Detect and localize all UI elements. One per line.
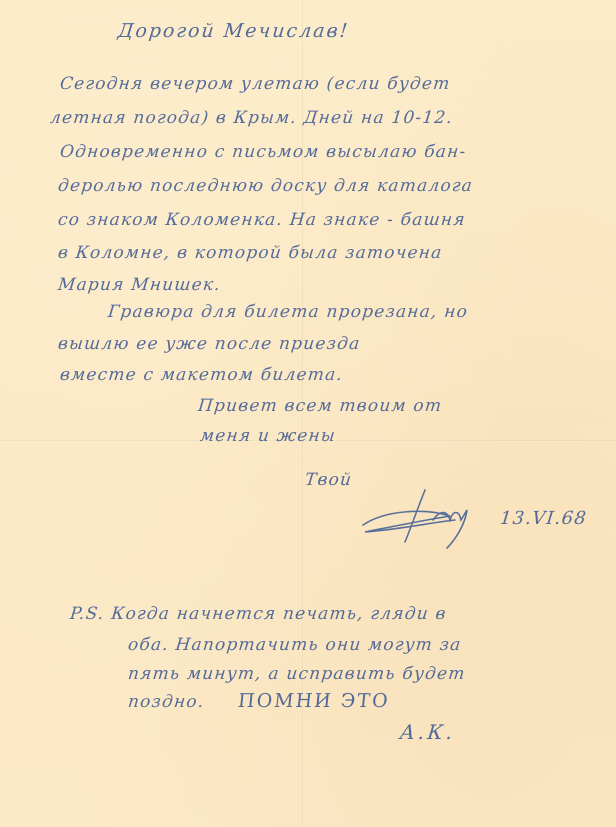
letter-page: Дорогой Мечислав! Сегодня вечером улетаю… [0,0,616,827]
postscript-line: P.S. Когда начнется печать, гляди в [69,604,448,624]
letter-greeting: Дорогой Мечислав! [117,20,351,42]
letter-line: Сегодня вечером улетаю (если будет [59,74,452,94]
letter-line: со знаком Коломенка. На знаке - башня [57,210,467,230]
closing-word: Твой [304,470,353,490]
regards-line: меня и жены [199,426,337,446]
postscript-line: поздно. [127,692,206,712]
signature-scribble [355,480,495,550]
letter-date: 13.VI.68 [499,508,588,529]
letter-line: Мария Мнишек. [57,275,222,295]
letter-line: в Коломне, в которой была заточена [57,243,444,263]
postscript-line: пять минут, а исправить будет [127,664,467,684]
postscript-emphasis: ПОМНИ ЭТО [237,690,391,712]
postscript-line: оба. Напортачить они могут за [127,635,463,655]
letter-line: вместе с макетом билета. [59,365,344,385]
letter-line: летная погода) в Крым. Дней на 10-12. [49,108,454,128]
letter-line: вышлю ее уже после приезда [57,334,362,354]
letter-line: Гравюра для билета прорезана, но [107,302,469,322]
regards-line: Привет всем твоим от [197,396,443,416]
letter-line: деролью последнюю доску для каталога [57,176,474,196]
author-initials: А.К. [399,720,457,744]
letter-line: Одновременно с письмом высылаю бан- [59,142,468,162]
